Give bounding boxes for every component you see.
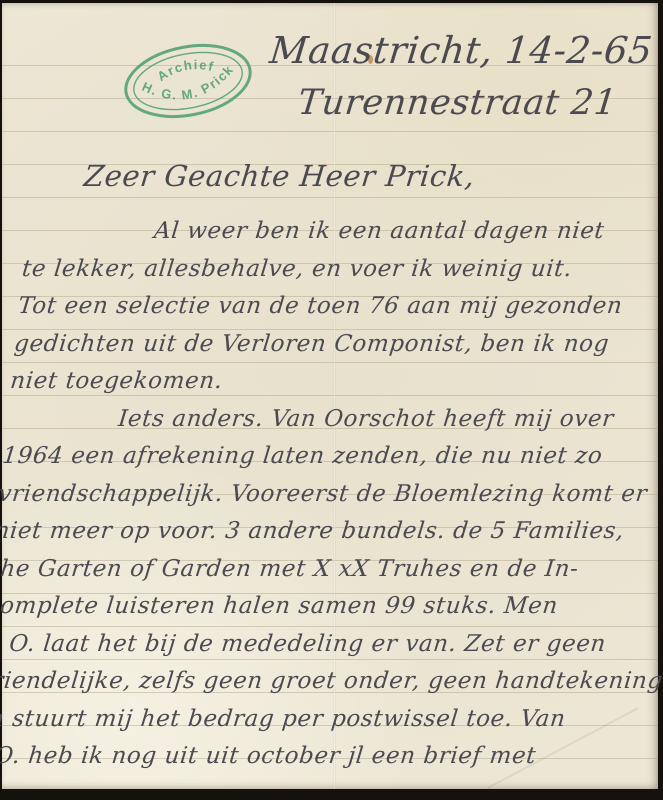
letter-body: Al weer ben ik een aantal dagen niet te … <box>0 213 652 776</box>
letter-salutation: Zeer Geachte Heer Prick, <box>82 159 476 193</box>
handwritten-line: 1964 een afrekening laten zenden, die nu… <box>0 438 628 476</box>
handwritten-line: vriendschappelijk. Vooreerst de Bloemlez… <box>0 476 624 514</box>
handwritten-line: en stuurt mij het bedrag per postwissel … <box>0 701 601 739</box>
handwritten-line: v. O. laat het bij de mededeling er van.… <box>0 626 609 664</box>
handwritten-line: complete luisteren halen samen 99 stuks.… <box>0 588 613 626</box>
handwritten-line: Tot een selectie van de toen 76 aan mij … <box>16 288 644 326</box>
letter-place-date: Maastricht, 14-2-65 <box>268 29 655 72</box>
handwritten-line: V-O. heb ik nog uit uit october jl een b… <box>0 738 597 776</box>
handwritten-line: vriendelijke, zelfs geen groet onder, ge… <box>0 663 605 701</box>
letter-address: Turennestraat 21 <box>296 83 619 123</box>
oval-stamp-icon: Archief H. G. M. Prick <box>113 27 263 135</box>
archive-stamp: Archief H. G. M. Prick <box>113 27 263 135</box>
handwritten-line: the Garten of Garden met X xX Truhes en … <box>0 551 617 589</box>
letter-paper: Archief H. G. M. Prick Maastricht, 14-2-… <box>2 3 658 789</box>
handwritten-line: niet toegekomen. <box>8 363 636 401</box>
handwritten-line: niet meer op voor. 3 andere bundels. de … <box>0 513 620 551</box>
handwritten-line: Iets anders. Van Oorschot heeft mij over <box>4 401 632 439</box>
handwritten-line: Al weer ben ik een aantal dagen niet <box>24 213 652 251</box>
handwritten-line: te lekker, allesbehalve, en voer ik wein… <box>20 251 648 289</box>
handwritten-line: gedichten uit de Verloren Componist, ben… <box>12 326 640 364</box>
